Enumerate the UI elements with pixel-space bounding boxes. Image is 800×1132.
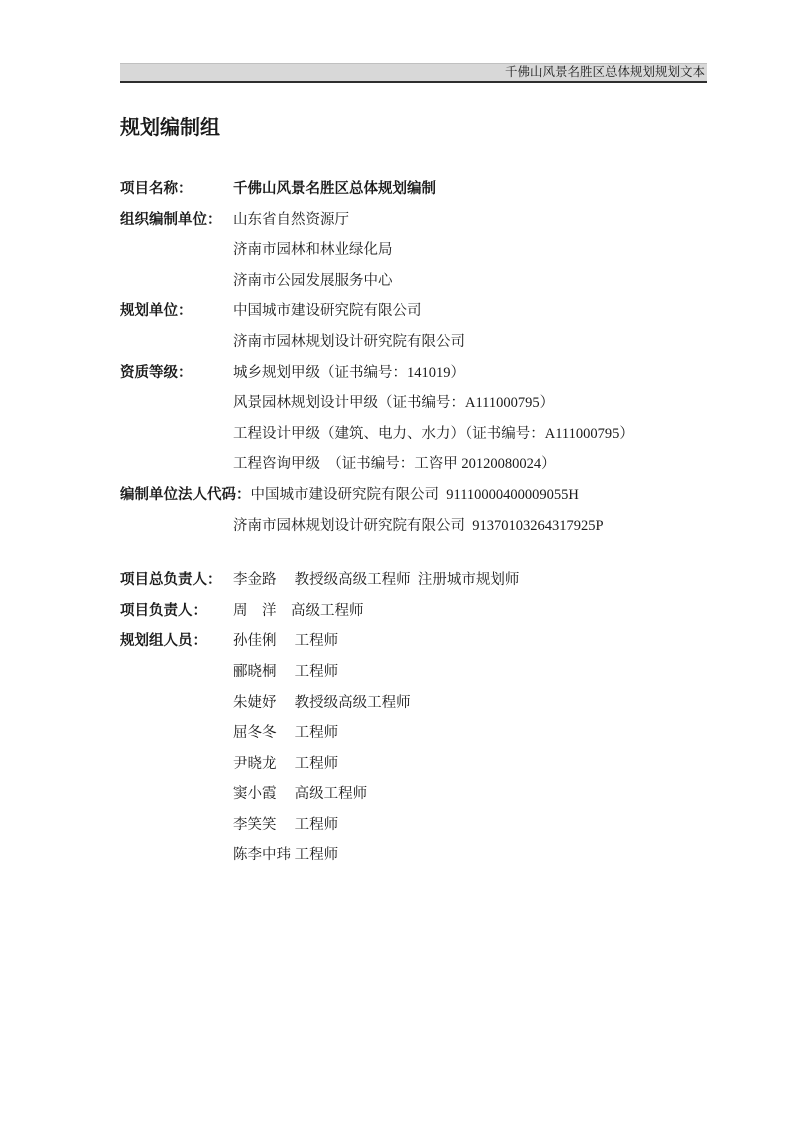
info-value: 济南市园林和林业绿化局 (233, 235, 393, 266)
info-value: 中国城市建设研究院有限公司 (233, 296, 422, 327)
personnel-value: 郦晓桐 工程师 (233, 657, 338, 688)
personnel-line: 李笑笑 工程师 (120, 810, 707, 841)
info-line: 风景园林规划设计甲级（证书编号：A111000795） (120, 388, 707, 419)
personnel-line: 项目负责人：周 洋 高级工程师 (120, 596, 707, 627)
info-value: 济南市园林规划设计研究院有限公司 (233, 327, 465, 358)
info-line: 编制单位法人代码：中国城市建设研究院有限公司 91110000400009055… (120, 480, 707, 511)
personnel-label: 项目总负责人： (120, 565, 233, 596)
personnel-line: 尹晓龙 工程师 (120, 749, 707, 780)
info-value: 城乡规划甲级（证书编号：141019） (233, 358, 465, 389)
personnel-line: 规划组人员：孙佳俐 工程师 (120, 626, 707, 657)
personnel-label: 项目负责人： (120, 596, 233, 627)
personnel-label: 规划组人员： (120, 626, 233, 657)
personnel-line: 郦晓桐 工程师 (120, 657, 707, 688)
page-header-bar: 千佛山风景名胜区总体规划规划文本 (120, 63, 707, 83)
info-value: 千佛山风景名胜区总体规划编制 (233, 174, 436, 205)
info-value: 山东省自然资源厅 (233, 205, 349, 236)
personnel-line: 屈冬冬 工程师 (120, 718, 707, 749)
info-line: 济南市园林规划设计研究院有限公司 91370103264317925P (120, 511, 707, 542)
personnel-line: 窦小霞 高级工程师 (120, 779, 707, 810)
personnel-line: 陈李中玮 工程师 (120, 840, 707, 871)
info-value: 工程设计甲级（建筑、电力、水力）（证书编号：A111000795） (233, 419, 634, 450)
project-info-section: 项目名称：千佛山风景名胜区总体规划编制组织编制单位：山东省自然资源厅济南市园林和… (120, 174, 707, 541)
info-line: 济南市公园发展服务中心 (120, 266, 707, 297)
info-line: 工程设计甲级（建筑、电力、水力）（证书编号：A111000795） (120, 419, 707, 450)
personnel-value: 尹晓龙 工程师 (233, 749, 338, 780)
info-line: 项目名称：千佛山风景名胜区总体规划编制 (120, 174, 707, 205)
info-value: 工程咨询甲级 （证书编号：工咨甲 20120080024） (233, 449, 556, 480)
info-line: 组织编制单位：山东省自然资源厅 (120, 205, 707, 236)
personnel-value: 陈李中玮 工程师 (233, 840, 338, 871)
personnel-value: 李金路 教授级高级工程师 注册城市规划师 (233, 565, 519, 596)
info-label: 组织编制单位： (120, 205, 233, 236)
info-label: 编制单位法人代码： (120, 480, 251, 511)
info-label: 项目名称： (120, 174, 233, 205)
info-label: 资质等级： (120, 358, 233, 389)
info-line: 资质等级：城乡规划甲级（证书编号：141019） (120, 358, 707, 389)
personnel-value: 周 洋 高级工程师 (233, 596, 364, 627)
info-line: 工程咨询甲级 （证书编号：工咨甲 20120080024） (120, 449, 707, 480)
info-value: 风景园林规划设计甲级（证书编号：A111000795） (233, 388, 554, 419)
personnel-value: 孙佳俐 工程师 (233, 626, 338, 657)
document-page: 千佛山风景名胜区总体规划规划文本 规划编制组 项目名称：千佛山风景名胜区总体规划… (0, 0, 800, 1132)
info-line: 济南市园林和林业绿化局 (120, 235, 707, 266)
info-line: 济南市园林规划设计研究院有限公司 (120, 327, 707, 358)
info-line: 规划单位：中国城市建设研究院有限公司 (120, 296, 707, 327)
info-value: 中国城市建设研究院有限公司 91110000400009055H (251, 480, 579, 511)
info-value: 济南市公园发展服务中心 (233, 266, 393, 297)
header-doc-title: 千佛山风景名胜区总体规划规划文本 (505, 65, 705, 79)
personnel-line: 项目总负责人：李金路 教授级高级工程师 注册城市规划师 (120, 565, 707, 596)
personnel-value: 朱婕妤 教授级高级工程师 (233, 688, 411, 719)
page-title: 规划编制组 (120, 111, 707, 140)
info-value: 济南市园林规划设计研究院有限公司 91370103264317925P (233, 511, 604, 542)
personnel-value: 窦小霞 高级工程师 (233, 779, 367, 810)
personnel-value: 屈冬冬 工程师 (233, 718, 338, 749)
info-label: 规划单位： (120, 296, 233, 327)
personnel-value: 李笑笑 工程师 (233, 810, 338, 841)
personnel-section: 项目总负责人：李金路 教授级高级工程师 注册城市规划师项目负责人：周 洋 高级工… (120, 565, 707, 871)
personnel-line: 朱婕妤 教授级高级工程师 (120, 688, 707, 719)
